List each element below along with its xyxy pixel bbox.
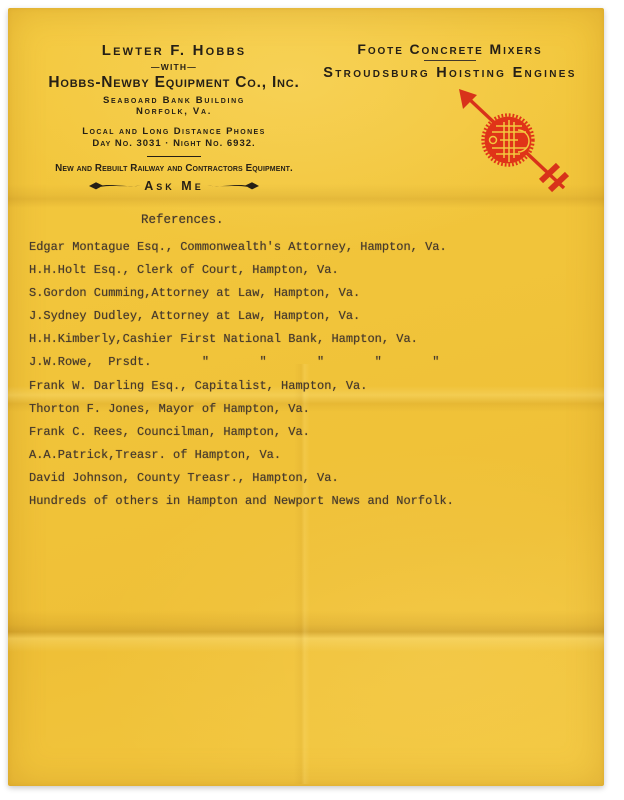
reference-entry: Frank W. Darling Esq., Capitalist, Hampt… [29, 375, 454, 398]
company-name: Hobbs-Newby Equipment Co., Inc. [38, 74, 310, 92]
reference-entry: H.H.Holt Esq., Clerk of Court, Hampton, … [29, 259, 454, 282]
building-line: Seaboard Bank Building [38, 95, 310, 106]
reference-entry: Hundreds of others in Hampton and Newpor… [29, 490, 454, 513]
letterhead-paper: Lewter F. Hobbs —WITH— Hobbs-Newby Equip… [8, 8, 604, 786]
divider [147, 156, 201, 157]
references-list: Edgar Montague Esq., Commonwealth's Atto… [29, 236, 454, 513]
with-connector: —WITH— [38, 62, 310, 72]
reference-entry: H.H.Kimberly,Cashier First National Bank… [29, 328, 454, 351]
ask-me-label: Ask Me [144, 179, 203, 193]
flourish-icon [89, 180, 141, 192]
gear-monogram-arrow-seal-icon [442, 74, 592, 209]
reference-entry: David Johnson, County Treasr., Hampton, … [29, 467, 454, 490]
city-line: Norfolk, Va. [38, 106, 310, 117]
company-seal [442, 74, 592, 209]
scanned-letterhead-page: { "page": { "background_color": "#ffffff… [0, 0, 624, 800]
reference-entry: J.W.Rowe, Prsdt. " " " " " [29, 351, 454, 374]
product-line-1: Foote Concrete Mixers [300, 41, 600, 57]
phone-service-line: Local and Long Distance Phones [38, 126, 310, 137]
references-heading: References. [141, 213, 224, 227]
letterhead-left-block: Lewter F. Hobbs —WITH— Hobbs-Newby Equip… [38, 42, 310, 193]
paper-fold-line [8, 610, 604, 652]
reference-entry: Thorton F. Jones, Mayor of Hampton, Va. [29, 398, 454, 421]
ask-me-row: Ask Me [38, 179, 310, 193]
reference-entry: S.Gordon Cumming,Attorney at Law, Hampto… [29, 282, 454, 305]
divider [424, 60, 476, 61]
phone-numbers-line: Day No. 3031 · Night No. 6932. [38, 138, 310, 149]
reference-entry: Frank C. Rees, Councilman, Hampton, Va. [29, 421, 454, 444]
flourish-icon [207, 180, 259, 192]
reference-entry: Edgar Montague Esq., Commonwealth's Atto… [29, 236, 454, 259]
tagline: New and Rebuilt Railway and Contractors … [38, 163, 310, 174]
person-name: Lewter F. Hobbs [38, 42, 310, 59]
reference-entry: A.A.Patrick,Treasr. of Hampton, Va. [29, 444, 454, 467]
reference-entry: J.Sydney Dudley, Attorney at Law, Hampto… [29, 305, 454, 328]
